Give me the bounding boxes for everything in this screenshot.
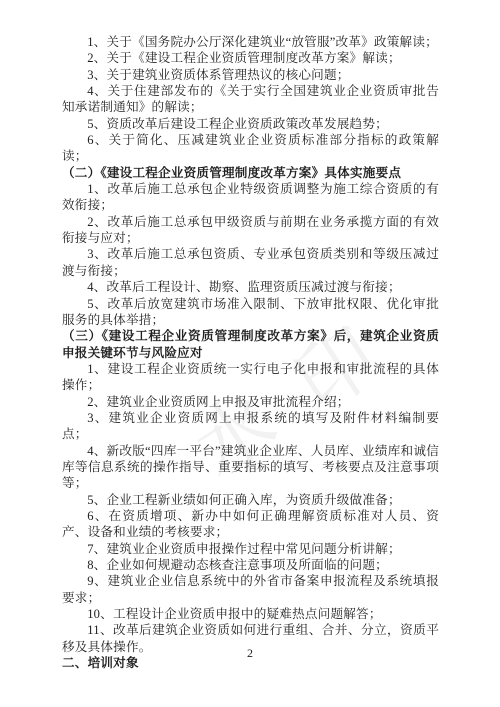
list-item: 1、建设工程企业资质统一实行电子化申报和审批流程的具体操作； [62,361,439,394]
document-body: 1、关于《国务院办公厅深化建筑业“放管服”改革》政策解读； 2、关于《建设工程企… [62,34,439,671]
document-page: 水印 1、关于《国务院办公厅深化建筑业“放管服”改革》政策解读； 2、关于《建设… [0,0,500,707]
list-item: 1、关于《国务院办公厅深化建筑业“放管服”改革》政策解读； [62,34,439,50]
page-number: 2 [0,646,500,661]
list-item: 6、在资质增项、新办中如何正确理解资质标准对人员、资产、设备和业绩的考核要求； [62,508,439,541]
list-item: 5、改革后放宽建筑市场准入限制、下放审批权限、优化审批服务的具体举措； [62,296,439,329]
section-heading: （三）《建设工程企业资质管理制度改革方案》后，建筑企业资质申报关键环节与风险应对 [62,328,439,361]
list-item: 3、关于建筑业资质体系管理热议的核心问题； [62,67,439,83]
list-item: 9、建筑业企业信息系统中的外省市备案申报流程及系统填报要求； [62,573,439,606]
list-item: 1、改革后施工总承包企业特级资质调整为施工综合资质的有效衔接； [62,181,439,214]
list-item: 7、建筑业企业资质申报操作过程中常见问题分析讲解； [62,541,439,557]
list-item: 4、改革后工程设计、勘察、监理资质压减过渡与衔接； [62,279,439,295]
section-heading: （二）《建设工程企业资质管理制度改革方案》具体实施要点 [62,165,439,181]
list-item: 8、企业如何规避动态核查注意事项及所面临的问题； [62,557,439,573]
list-item: 5、企业工程新业绩如何正确入库，为资质升级做准备； [62,492,439,508]
list-item: 4、关于住建部发布的《关于实行全国建筑业企业资质审批告知承诺制通知》的解读； [62,83,439,116]
list-item: 6、关于简化、压减建筑业企业资质标准部分指标的政策解读； [62,132,439,165]
list-item: 4、新改版“四库一平台”建筑业企业库、人员库、业绩库和诚信库等信息系统的操作指导… [62,443,439,492]
list-item: 2、建筑业企业资质网上申报及审批流程介绍； [62,394,439,410]
list-item: 2、改革后施工总承包甲级资质与前期在业务承揽方面的有效衔接与应对； [62,214,439,247]
list-item: 5、资质改革后建设工程企业资质政策改革发展趋势； [62,116,439,132]
list-item: 3、建筑业企业资质网上申报系统的填写及附件材料编制要点； [62,410,439,443]
list-item: 2、关于《建设工程企业资质管理制度改革方案》解读； [62,50,439,66]
list-item: 10、工程设计企业资质申报中的疑难热点问题解答； [62,606,439,622]
list-item: 3、改革后施工总承包资质、专业承包资质类别和等级压减过渡与衔接； [62,246,439,279]
